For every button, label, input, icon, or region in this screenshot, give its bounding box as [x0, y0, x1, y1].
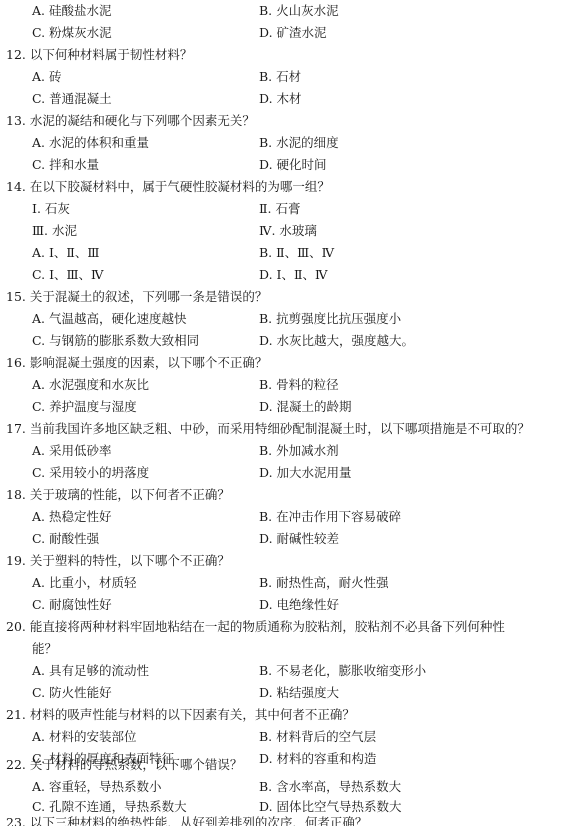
q18-option-a: A. 热稳定性好 [32, 509, 111, 525]
exam-page: A. 硅酸盐水泥 B. 火山灰水泥 C. 粉煤灰水泥 D. 矿渣水泥 12. 以… [0, 0, 573, 826]
q17-option-d: D. 加大水泥用量 [259, 465, 352, 481]
q14-option-c: C. Ⅰ、Ⅲ、Ⅳ [32, 267, 104, 283]
q16-option-a: A. 水泥强度和水灰比 [32, 377, 149, 393]
q17-option-c: C. 采用较小的坍落度 [32, 465, 149, 481]
q12-stem: 12. 以下何种材料属于韧性材料？ [6, 47, 192, 63]
q18-option-d: D. 耐碱性较差 [259, 531, 339, 547]
q12-option-d: D. 木材 [259, 91, 302, 107]
q13-option-c: C. 拌和水量 [32, 157, 99, 173]
q14-item-iii: Ⅲ. 水泥 [32, 223, 77, 239]
q14-item-i: Ⅰ. 石灰 [32, 201, 70, 217]
q18-stem: 18. 关于玻璃的性能，以下何者不正确？ [6, 487, 230, 503]
q13-option-a: A. 水泥的体积和重量 [32, 135, 149, 151]
q16-stem: 16. 影响混凝土强度的因素，以下哪个不正确？ [6, 355, 267, 371]
q11-option-c: C. 粉煤灰水泥 [32, 25, 112, 41]
q12-option-b: B. 石材 [259, 69, 301, 85]
q20-stem: 20. 能直接将两种材料牢固地粘结在一起的物质通称为胶粘剂，胶粘剂不必具备下列何… [6, 619, 505, 635]
q21-option-b: B. 材料背后的空气层 [259, 729, 376, 745]
q19-option-d: D. 电绝缘性好 [259, 597, 339, 613]
q16-option-c: C. 养护温度与湿度 [32, 399, 137, 415]
q17-stem: 17. 当前我国许多地区缺乏粗、中砂，而采用特细砂配制混凝土时，以下哪项措施是不… [6, 421, 530, 437]
q19-option-a: A. 比重小，材质轻 [32, 575, 136, 591]
q21-option-c: C. 材料的厚度和表面特征 [32, 751, 174, 767]
q11-option-b: B. 火山灰水泥 [259, 3, 339, 19]
q14-item-ii: Ⅱ. 石膏 [259, 201, 300, 217]
q13-option-d: D. 硬化时间 [259, 157, 327, 173]
q13-option-b: B. 水泥的细度 [259, 135, 339, 151]
q20-option-d: D. 粘结强度大 [259, 685, 339, 701]
q15-option-d: D. 水灰比越大，强度越大。 [259, 333, 414, 349]
q11-option-d: D. 矿渣水泥 [259, 25, 327, 41]
q15-option-b: B. 抗剪强度比抗压强度小 [259, 311, 401, 327]
q13-stem: 13. 水泥的凝结和硬化与下列哪个因素无关？ [6, 113, 255, 129]
q20-option-b: B. 不易老化，膨胀收缩变形小 [259, 663, 426, 679]
q16-option-d: D. 混凝土的龄期 [259, 399, 352, 415]
q19-option-b: B. 耐热性高，耐火性强 [259, 575, 389, 591]
q17-option-a: A. 采用低砂率 [32, 443, 111, 459]
q20-option-c: C. 防火性能好 [32, 685, 112, 701]
q12-option-a: A. 砖 [32, 69, 61, 85]
q14-stem: 14. 在以下胶凝材料中，属于气硬性胶凝材料的为哪一组？ [6, 179, 330, 195]
q15-option-a: A. 气温越高，硬化速度越快 [32, 311, 186, 327]
q21-option-d: D. 材料的容重和构造 [259, 751, 377, 767]
q21-option-a: A. 材料的安装部位 [32, 729, 136, 745]
q14-option-a: A. Ⅰ、Ⅱ、Ⅲ [32, 245, 99, 261]
q21-stem: 21. 材料的吸声性能与材料的以下因素有关，其中何者不正确？ [6, 707, 355, 723]
q18-option-c: C. 耐酸性强 [32, 531, 99, 547]
q20-stem-continued: 能？ [32, 641, 57, 657]
q14-item-iv: Ⅳ. 水玻璃 [259, 223, 317, 239]
q19-option-c: C. 耐腐蚀性好 [32, 597, 112, 613]
q11-option-a: A. 硅酸盐水泥 [32, 3, 111, 19]
q12-option-c: C. 普通混凝土 [32, 91, 112, 107]
q19-stem: 19. 关于塑料的特性，以下哪个不正确？ [6, 553, 230, 569]
q14-option-d: D. Ⅰ、Ⅱ、Ⅳ [259, 267, 327, 283]
q16-option-b: B. 骨料的粒径 [259, 377, 339, 393]
q14-option-b: B. Ⅱ、Ⅲ、Ⅳ [259, 245, 334, 261]
q15-option-c: C. 与钢筋的膨胀系数大致相同 [32, 333, 199, 349]
q17-option-b: B. 外加减水剂 [259, 443, 339, 459]
q20-option-a: A. 具有足够的流动性 [32, 663, 149, 679]
q18-option-b: B. 在冲击作用下容易破碎 [259, 509, 401, 525]
q15-stem: 15. 关于混凝土的叙述，下列哪一条是错误的？ [6, 289, 267, 305]
